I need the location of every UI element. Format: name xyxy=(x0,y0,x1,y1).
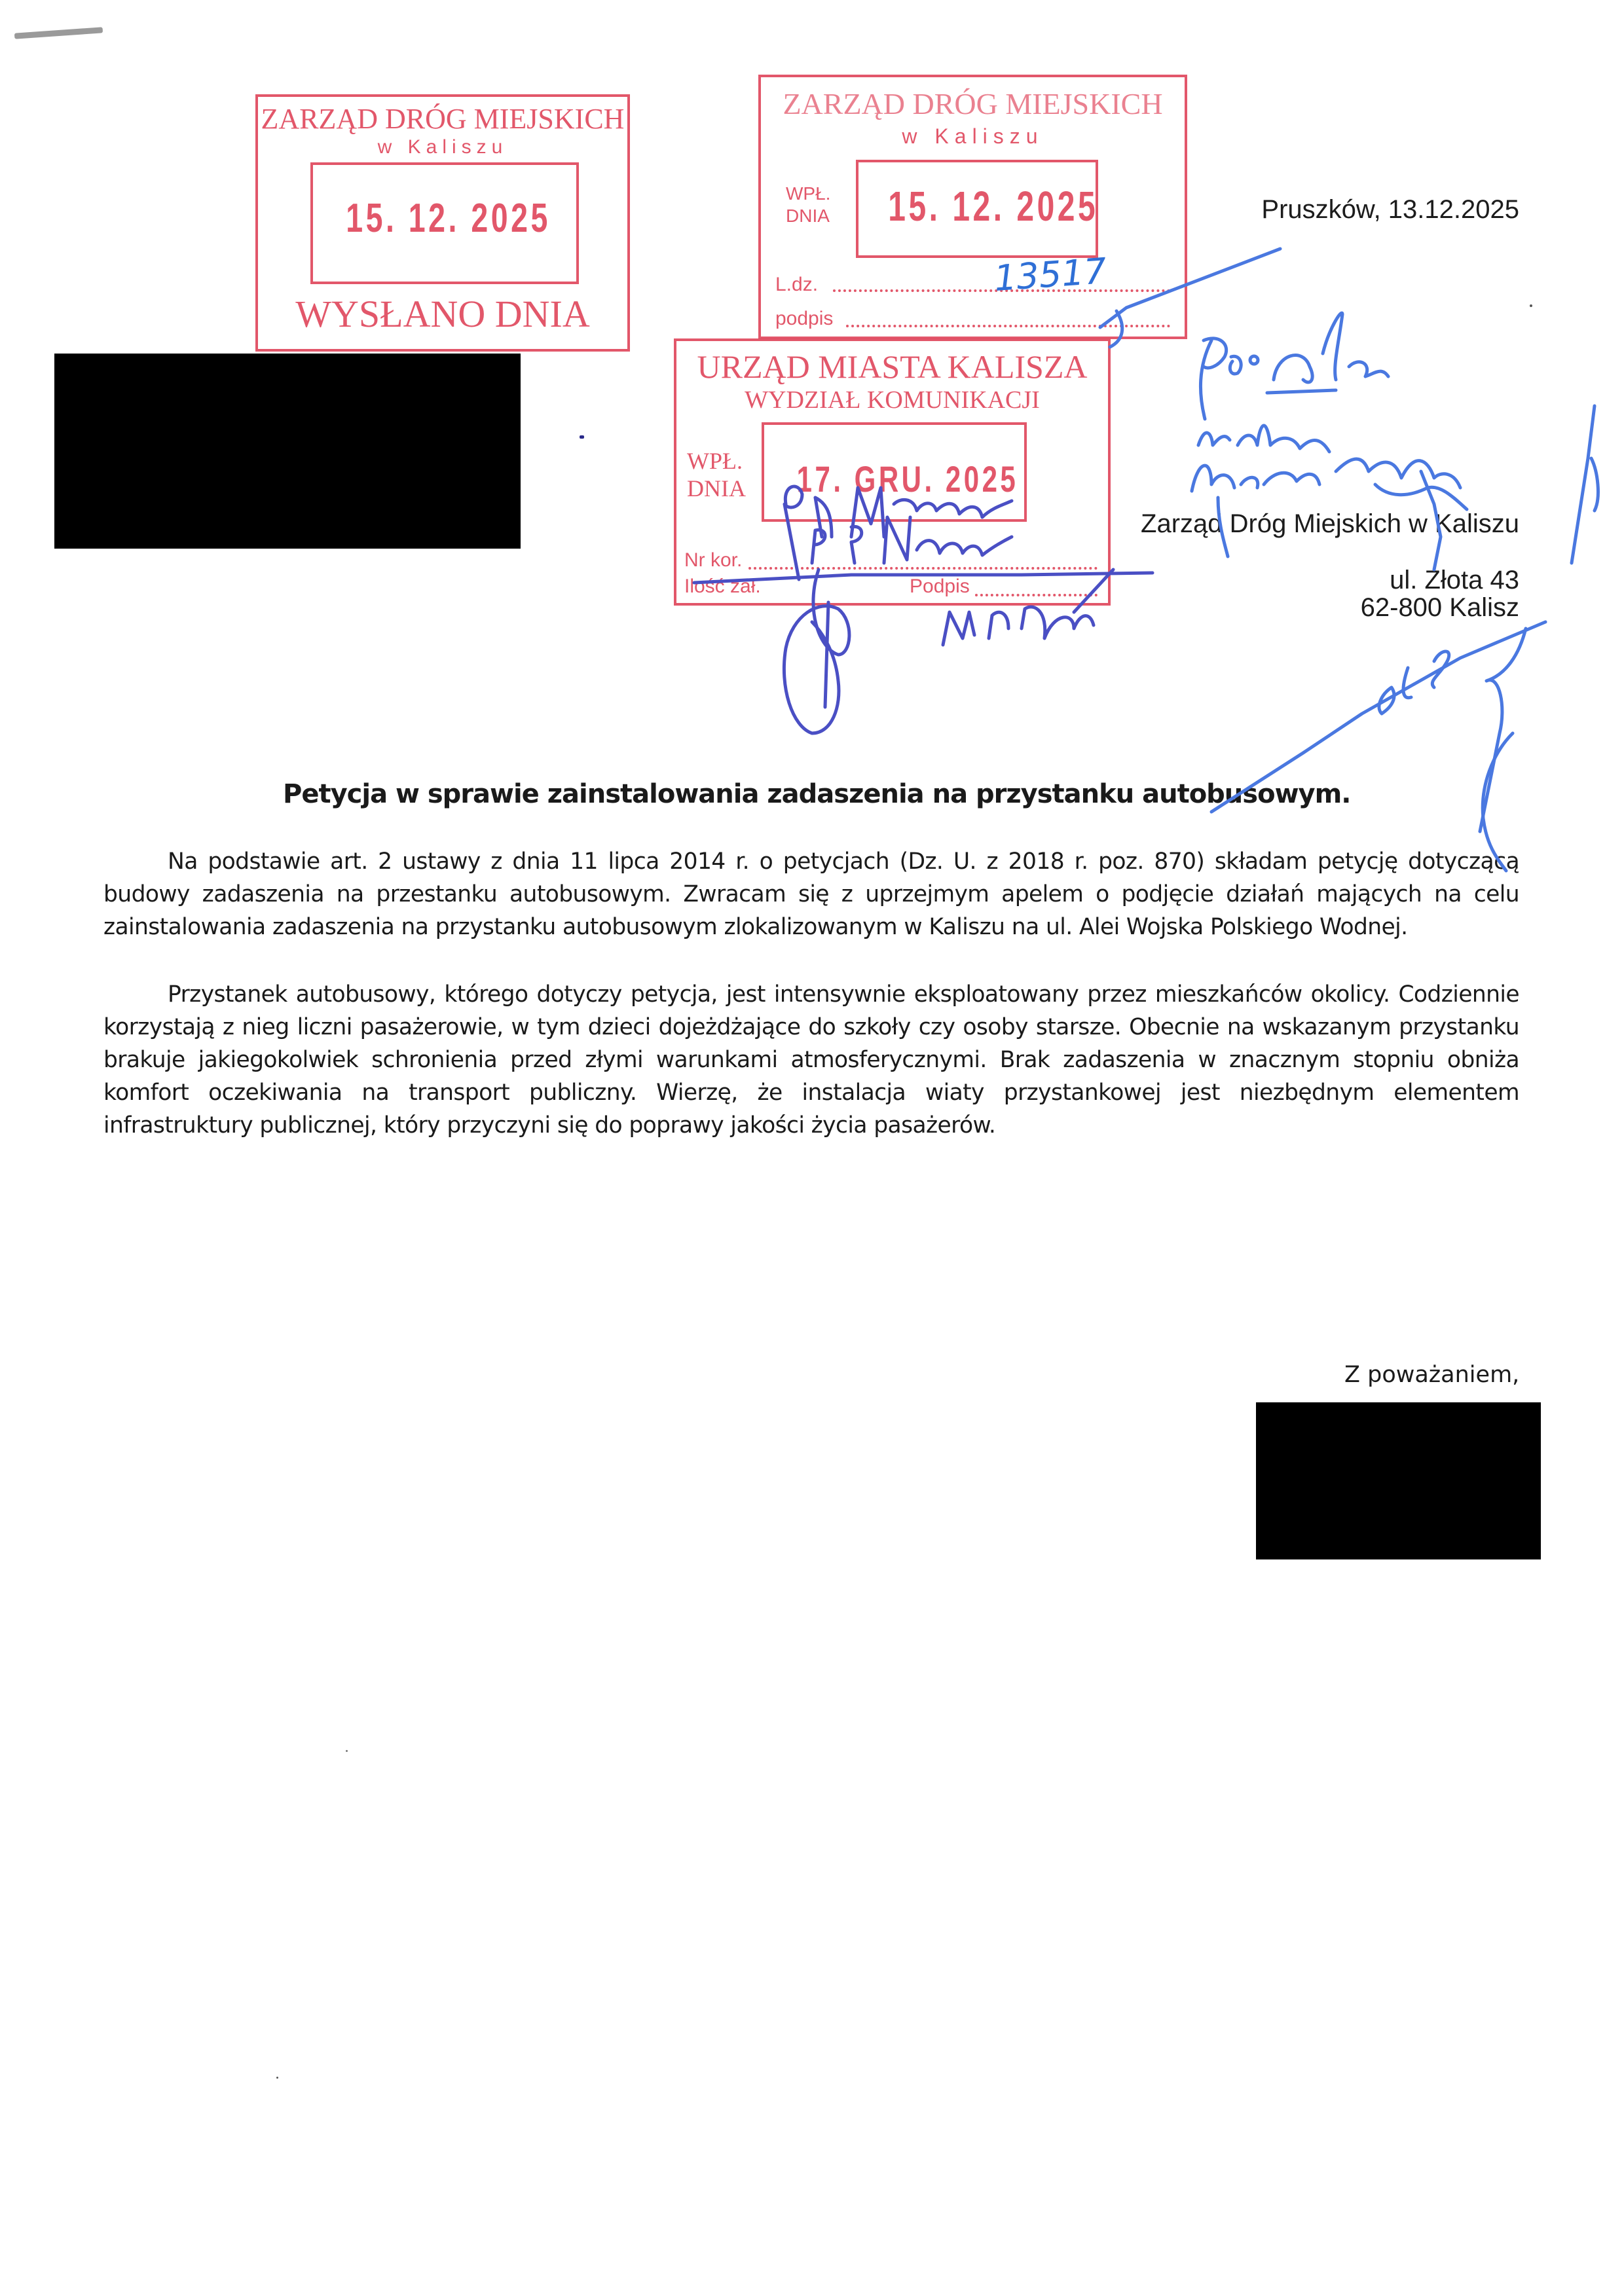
stamp-zdm-dnia: DNIA xyxy=(786,206,830,227)
redacted-signature-block xyxy=(1256,1402,1541,1559)
scan-speck xyxy=(1530,304,1532,307)
stamp-sent-date-box: 15. 12. 2025 xyxy=(310,162,579,284)
stamp-zdm-ldz-label: L.dz. xyxy=(775,274,818,296)
place-date: Pruszków, 13.12.2025 xyxy=(1261,195,1519,225)
stamp-um-attachments-label: Ilość zał. xyxy=(684,575,761,598)
recipient-name: Zarząd Dróg Miejskich w Kaliszu xyxy=(1141,509,1519,539)
letter-title: Petycja w sprawie zainstalowania zadasze… xyxy=(283,779,1350,809)
scan-speck xyxy=(276,2077,278,2079)
stamp-um-signature-label: Podpis xyxy=(910,575,970,598)
stamp-zdm-city: w Kaliszu xyxy=(761,124,1185,149)
stamp-sent-date: 15. 12. 2025 xyxy=(346,195,544,242)
stamp-zdm-signature-line xyxy=(846,325,1170,327)
redacted-sender-block xyxy=(54,354,521,549)
scan-speck xyxy=(580,435,584,439)
stamp-zdm-date: 15. 12. 2025 xyxy=(888,182,1066,230)
recipient-city: 62-800 Kalisz xyxy=(1361,593,1519,623)
letter-paragraph-1: Na podstawie art. 2 ustawy z dnia 11 lip… xyxy=(103,845,1519,943)
stamp-zdm-date-box: 15. 12. 2025 xyxy=(856,160,1098,258)
handwritten-ldz-number: 13517 xyxy=(993,250,1108,299)
stamp-um-org: URZĄD MIASTA KALISZA xyxy=(676,348,1108,386)
stamp-received-um: URZĄD MIASTA KALISZA WYDZIAŁ KOMUNIKACJI… xyxy=(674,338,1111,606)
stamp-um-dnia: DNIA xyxy=(687,475,746,502)
scan-speck xyxy=(346,1750,348,1752)
stamp-um-nr-label: Nr kor. xyxy=(684,549,742,572)
stamp-received-zdm: ZARZĄD DRÓG MIEJSKICH w Kaliszu WPŁ. DNI… xyxy=(758,75,1187,339)
stamp-um-date-box: 17. GRU. 2025 xyxy=(762,422,1027,522)
paragraph-2-text: Przystanek autobusowy, którego dotyczy p… xyxy=(103,981,1519,1139)
stamp-zdm-signature-label: podpis xyxy=(775,308,833,330)
closing-salutation: Z poważaniem, xyxy=(1344,1362,1519,1388)
stamp-um-signature-line xyxy=(975,594,1098,596)
letter-paragraph-2: Przystanek autobusowy, którego dotyczy p… xyxy=(103,978,1519,1142)
stamp-sent-org: ZARZĄD DRÓG MIEJSKICH xyxy=(258,102,627,136)
stamp-um-date: 17. GRU. 2025 xyxy=(797,458,992,500)
stamp-um-wpl: WPŁ. xyxy=(687,447,743,475)
stamp-sent: ZARZĄD DRÓG MIEJSKICH w Kaliszu 15. 12. … xyxy=(255,94,630,352)
scan-artifact-mark xyxy=(14,27,103,39)
stamp-um-nr-line xyxy=(748,567,1098,570)
stamp-um-dept: WYDZIAŁ KOMUNIKACJI xyxy=(676,386,1108,414)
blue-pen-strokes xyxy=(1100,249,1598,871)
paragraph-1-text: Na podstawie art. 2 ustawy z dnia 11 lip… xyxy=(103,848,1519,940)
recipient-street: ul. Złota 43 xyxy=(1390,566,1519,595)
stamp-zdm-wpl: WPŁ. xyxy=(786,183,830,204)
stamp-sent-label: WYSŁANO DNIA xyxy=(258,292,627,336)
stamp-zdm-org: ZARZĄD DRÓG MIEJSKICH xyxy=(761,86,1185,121)
stamp-sent-city: w Kaliszu xyxy=(258,136,627,158)
